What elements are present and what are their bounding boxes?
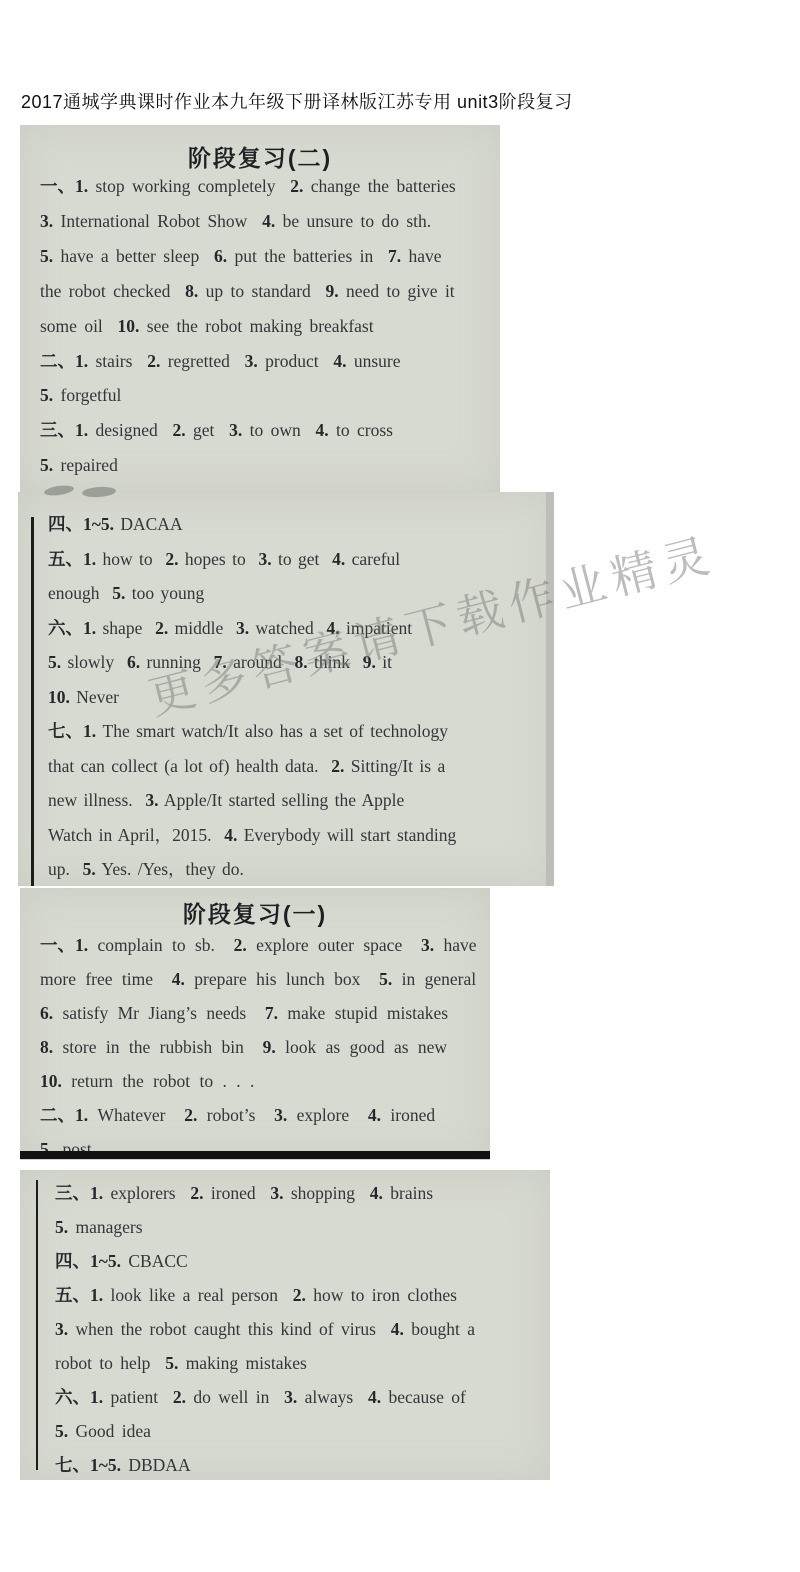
scan-image-section-1-review-continued: 三、1. explorers 2. ironed 3. shopping 4. … bbox=[20, 1170, 550, 1480]
answer-line: 四、1~5. DACAA bbox=[48, 507, 554, 542]
page-title: 2017通城学典课时作业本九年级下册译林版江苏专用 unit3阶段复习 bbox=[21, 88, 573, 114]
answer-lines: 三、1. explorers 2. ironed 3. shopping 4. … bbox=[20, 1176, 550, 1480]
scan-image-section-1-review: 阶段复习(一) 一、1. complain to sb. 2. explore … bbox=[20, 888, 490, 1160]
answer-line: some oil 10. see the robot making breakf… bbox=[40, 309, 500, 344]
answer-line: 8. store in the rubbish bin 9. look as g… bbox=[40, 1030, 490, 1064]
answer-line: 二、1. Whatever 2. robot’s 3. explore 4. i… bbox=[40, 1098, 490, 1132]
answer-lines: 一、1. complain to sb. 2. explore outer sp… bbox=[20, 928, 490, 1160]
answer-line: more free time 4. prepare his lunch box … bbox=[40, 962, 490, 996]
answer-line: 5. managers bbox=[55, 1210, 550, 1244]
answer-line: 三、1. designed 2. get 3. to own 4. to cro… bbox=[40, 413, 500, 448]
answer-line: 三、1. explorers 2. ironed 3. shopping 4. … bbox=[55, 1176, 550, 1210]
answer-line: 5. Good idea bbox=[55, 1414, 550, 1448]
answer-line: 五、1. how to 2. hopes to 3. to get 4. car… bbox=[48, 542, 554, 577]
answer-line: 二、1. stairs 2. regretted 3. product 4. u… bbox=[40, 344, 500, 379]
answer-line: 五、1. look like a real person 2. how to i… bbox=[55, 1278, 550, 1312]
section-heading: 阶段复习(二) bbox=[20, 125, 500, 173]
answer-line: robot to help 5. making mistakes bbox=[55, 1346, 550, 1380]
answer-line: 5. forgetful bbox=[40, 378, 500, 413]
answer-line: Watch in April，2015. 4. Everybody will s… bbox=[48, 818, 554, 853]
answer-line: the robot checked 8. up to standard 9. n… bbox=[40, 274, 500, 309]
section-heading: 阶段复习(一) bbox=[20, 888, 490, 929]
answer-line: 10. return the robot to . . . bbox=[40, 1064, 490, 1098]
answer-line: 七、1. The smart watch/It also has a set o… bbox=[48, 714, 554, 749]
answer-line: that can collect (a lot of) health data.… bbox=[48, 749, 554, 784]
answer-lines: 四、1~5. DACAA五、1. how to 2. hopes to 3. t… bbox=[18, 507, 554, 886]
answer-line: 一、1. stop working completely 2. change t… bbox=[40, 169, 500, 204]
answer-line: 5. have a better sleep 6. put the batter… bbox=[40, 239, 500, 274]
answer-line: 6. satisfy Mr Jiang’s needs 7. make stup… bbox=[40, 996, 490, 1030]
answer-line: 3. International Robot Show 4. be unsure… bbox=[40, 204, 500, 239]
scan-image-section-2-review: 阶段复习(二) 一、1. stop working completely 2. … bbox=[20, 125, 500, 492]
answer-line: 一、1. complain to sb. 2. explore outer sp… bbox=[40, 928, 490, 962]
answer-line: 四、1~5. CBACC bbox=[55, 1244, 550, 1278]
answer-line: 六、1. patient 2. do well in 3. always 4. … bbox=[55, 1380, 550, 1414]
answer-line: 3. when the robot caught this kind of vi… bbox=[55, 1312, 550, 1346]
answer-line: new illness. 3. Apple/It started selling… bbox=[48, 783, 554, 818]
horizontal-divider-rule bbox=[20, 1151, 490, 1159]
answer-line: 七、1~5. DBDAA bbox=[55, 1448, 550, 1480]
answer-lines: 一、1. stop working completely 2. change t… bbox=[20, 169, 500, 483]
answer-line: up. 5. Yes. /Yes，they do. bbox=[48, 852, 554, 886]
answer-line: 5. repaired bbox=[40, 448, 500, 483]
